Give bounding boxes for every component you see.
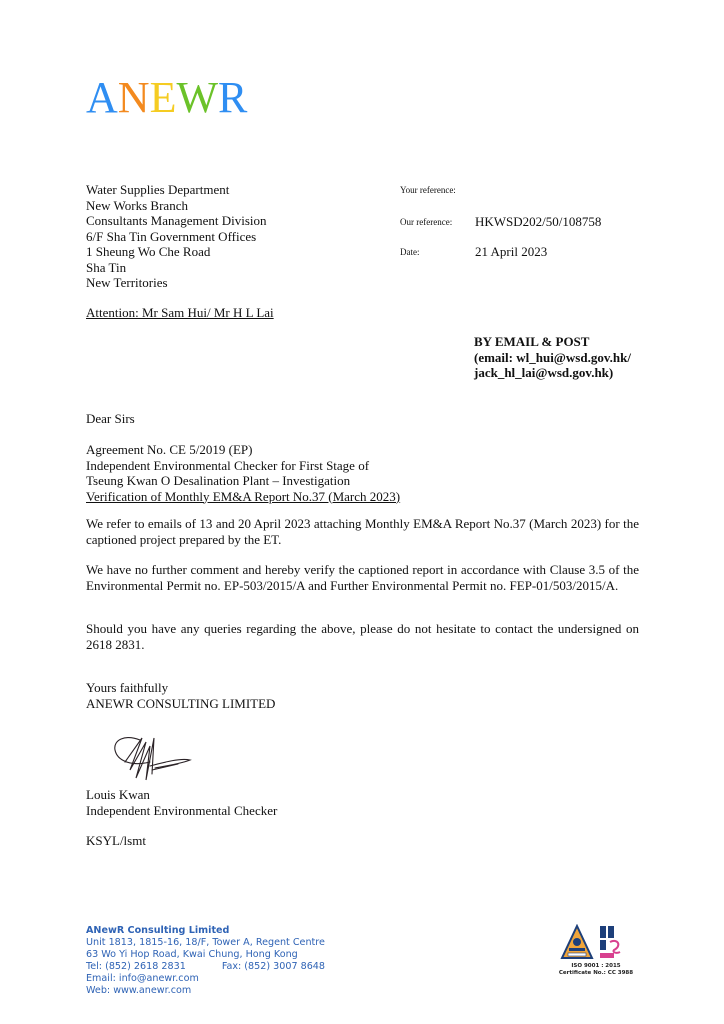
footer-email[interactable]: Email: info@anewr.com — [86, 973, 325, 985]
address-line: Consultants Management Division — [86, 213, 267, 229]
signature-icon — [110, 732, 200, 787]
address-line: Sha Tin — [86, 260, 267, 276]
paragraph-3: Should you have any queries regarding th… — [86, 621, 639, 652]
delivery-email-line: jack_hl_lai@wsd.gov.hk) — [474, 365, 631, 381]
address-line: 1 Sheung Wo Che Road — [86, 244, 267, 260]
date-label: Date: — [400, 247, 480, 257]
company-name: ANEWR CONSULTING LIMITED — [86, 696, 639, 712]
logo-letter: N — [118, 76, 150, 120]
footer-address: Unit 1813, 1815-16, 18/F, Tower A, Regen… — [86, 937, 325, 949]
delivery-email-line: (email: wl_hui@wsd.gov.hk/ — [474, 350, 631, 366]
certification-text: ISO 9001 : 2015 Certificate No.: CC 3988 — [553, 963, 639, 977]
delivery-method: BY EMAIL & POST (email: wl_hui@wsd.gov.h… — [474, 334, 631, 381]
paragraph-2: We have no further comment and hereby ve… — [86, 562, 639, 593]
footer-phone-row: Tel: (852) 2618 2831Fax: (852) 3007 8648 — [86, 961, 325, 973]
logo-letter: A — [86, 76, 118, 120]
attention-line: Attention: Mr Sam Hui/ Mr H L Lai — [86, 305, 274, 321]
logo-letter: E — [150, 76, 177, 120]
certification-badges — [560, 924, 636, 962]
paragraph-1: We refer to emails of 13 and 20 April 20… — [86, 516, 639, 547]
address-line: 6/F Sha Tin Government Offices — [86, 229, 267, 245]
footer-web[interactable]: Web: www.anewr.com — [86, 985, 325, 997]
our-reference-value: HKWSD202/50/108758 — [475, 214, 601, 230]
subject-line: Independent Environmental Checker for Fi… — [86, 458, 639, 474]
delivery-line: BY EMAIL & POST — [474, 334, 631, 350]
date-value: 21 April 2023 — [475, 244, 547, 260]
address-line: Water Supplies Department — [86, 182, 267, 198]
certificate-number: Certificate No.: CC 3988 — [553, 970, 639, 977]
hkas-badge-icon — [600, 926, 620, 958]
footer-address: 63 Wo Yi Hop Road, Kwai Chung, Hong Kong — [86, 949, 325, 961]
our-reference-label: Our reference: — [400, 217, 480, 227]
address-line: New Works Branch — [86, 198, 267, 214]
logo-letter: R — [218, 76, 247, 120]
closing-block: Yours faithfully ANEWR CONSULTING LIMITE… — [86, 680, 639, 711]
hkqaa-badge-icon — [562, 926, 592, 958]
iso-standard: ISO 9001 : 2015 — [553, 963, 639, 970]
signatory-block: Louis Kwan Independent Environmental Che… — [86, 787, 639, 818]
address-line: New Territories — [86, 275, 267, 291]
logo-letter: W — [176, 76, 218, 120]
reference-initials: KSYL/lsmt — [86, 833, 639, 849]
company-logo: ANEWR — [86, 76, 247, 120]
footer-tel: Tel: (852) 2618 2831 — [86, 961, 186, 972]
salutation: Dear Sirs — [86, 411, 639, 427]
signatory-name: Louis Kwan — [86, 787, 639, 803]
subject-line: Agreement No. CE 5/2019 (EP) — [86, 442, 639, 458]
footer-fax: Fax: (852) 3007 8648 — [222, 961, 325, 972]
closing: Yours faithfully — [86, 680, 639, 696]
signatory-title: Independent Environmental Checker — [86, 803, 639, 819]
recipient-address: Water Supplies Department New Works Bran… — [86, 182, 267, 291]
footer-company: ANewR Consulting Limited — [86, 925, 325, 937]
your-reference-label: Your reference: — [400, 185, 480, 195]
footer-contact: ANewR Consulting Limited Unit 1813, 1815… — [86, 925, 325, 998]
subject-title: Verification of Monthly EM&A Report No.3… — [86, 489, 400, 504]
subject-line: Tseung Kwan O Desalination Plant – Inves… — [86, 473, 639, 489]
subject-block: Agreement No. CE 5/2019 (EP) Independent… — [86, 442, 639, 504]
